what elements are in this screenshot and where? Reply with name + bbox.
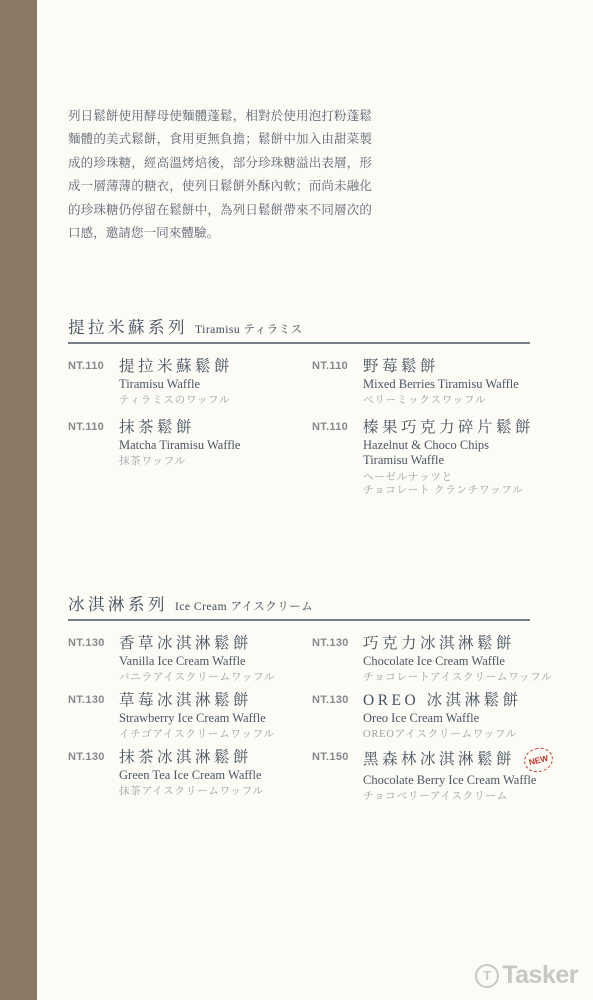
item-price: NT.130 [68,748,106,763]
menu-page: 列日鬆餅使用酵母使麵體蓬鬆，相對於使用泡打粉蓬鬆麵體的美式鬆餅，食用更無負擔；鬆… [0,0,593,1000]
item-name-zh: 香草冰淇淋鬆餅 [119,634,252,653]
item-name-en: Chocolate Berry Ice Cream Waffle [363,773,553,789]
item-name-en: Chocolate Ice Cream Waffle [363,654,552,670]
item-text: 榛果巧克力碎片鬆餅 Hazelnut & Choco Chips Tiramis… [363,418,534,498]
menu-item: NT.130 巧克力冰淇淋鬆餅 Chocolate Ice Cream Waff… [312,634,553,685]
item-text: 野莓鬆餅 Mixed Berries Tiramisu Waffle ベリーミッ… [363,357,519,408]
tasker-logo-icon: T [475,964,499,988]
item-price: NT.130 [68,634,106,649]
section-tiramisu: 提拉米蘇系列 Tiramisu ティラミス NT.110 提拉米蘇鬆餅 Tira… [68,314,530,498]
item-name-en: Mixed Berries Tiramisu Waffle [363,377,519,393]
item-name-ja: 抹茶アイスクリームワッフル [119,785,264,799]
item-name-ja: イチゴアイスクリームワッフル [119,728,275,742]
item-name-zh: 野莓鬆餅 [363,357,439,376]
item-name-zh: OREO 冰淇淋鬆餅 [363,691,522,710]
intro-paragraph: 列日鬆餅使用酵母使麵體蓬鬆，相對於使用泡打粉蓬鬆麵體的美式鬆餅，食用更無負擔；鬆… [68,105,372,246]
item-name-ja: チョコベリーアイスクリーム [363,790,553,804]
item-name-en: Hazelnut & Choco Chips Tiramisu Waffle [363,438,534,469]
section-header: 提拉米蘇系列 Tiramisu ティラミス [68,314,530,338]
item-text: 巧克力冰淇淋鬆餅 Chocolate Ice Cream Waffle チョコレ… [363,634,552,685]
item-price: NT.130 [68,691,106,706]
menu-item: NT.110 榛果巧克力碎片鬆餅 Hazelnut & Choco Chips … [312,418,534,498]
item-price: NT.110 [312,357,350,372]
section-ice-cream: 冰淇淋系列 Ice Cream アイスクリーム NT.130 香草冰淇淋鬆餅 V… [68,591,530,804]
menu-item: NT.130 香草冰淇淋鬆餅 Vanilla Ice Cream Waffle … [68,634,312,685]
section-items: NT.110 提拉米蘇鬆餅 Tiramisu Waffle ティラミスのワッフル… [68,357,530,498]
item-name-en: Vanilla Ice Cream Waffle [119,654,275,670]
item-name-ja: チョコレートアイスクリームワッフル [363,671,552,685]
tasker-watermark: T Tasker [475,961,578,990]
item-name-en: Tiramisu Waffle [119,377,233,393]
left-brown-band [0,0,37,1000]
item-price: NT.110 [312,418,350,433]
menu-item: NT.150 黑森林冰淇淋鬆餅 NEW Chocolate Berry Ice … [312,748,553,804]
item-name-ja: バニラアイスクリームワッフル [119,671,275,685]
section-subtitle: Tiramisu ティラミス [195,321,303,337]
item-name-en: Green Tea Ice Cream Waffle [119,768,264,784]
section-subtitle: Ice Cream アイスクリーム [175,598,313,614]
item-text: 抹茶冰淇淋鬆餅 Green Tea Ice Cream Waffle 抹茶アイス… [119,748,264,799]
section-header: 冰淇淋系列 Ice Cream アイスクリーム [68,591,530,615]
item-text: 草莓冰淇淋鬆餅 Strawberry Ice Cream Waffle イチゴア… [119,691,275,742]
menu-item: NT.110 野莓鬆餅 Mixed Berries Tiramisu Waffl… [312,357,534,408]
menu-item: NT.130 OREO 冰淇淋鬆餅 Oreo Ice Cream Waffle … [312,691,553,742]
item-name-zh: 抹茶冰淇淋鬆餅 [119,748,252,767]
item-price: NT.110 [68,418,106,433]
item-name-zh: 提拉米蘇鬆餅 [119,357,233,376]
item-name-en: Matcha Tiramisu Waffle [119,438,240,454]
item-price: NT.110 [68,357,106,372]
item-name-zh: 抹茶鬆餅 [119,418,195,437]
section-divider [68,619,530,621]
item-name-ja: ベリーミックスワッフル [363,394,519,408]
section-title-zh: 冰淇淋系列 [68,591,168,615]
item-text: 抹茶鬆餅 Matcha Tiramisu Waffle 抹茶ワッフル [119,418,240,469]
item-name-ja: ティラミスのワッフル [119,394,233,408]
item-name-zh: 榛果巧克力碎片鬆餅 [363,418,534,437]
item-name-zh: 巧克力冰淇淋鬆餅 [363,634,515,653]
item-text: OREO 冰淇淋鬆餅 Oreo Ice Cream Waffle OREOアイス… [363,691,522,742]
section-divider [68,342,530,344]
section-title-zh: 提拉米蘇系列 [68,314,188,338]
new-badge: NEW [522,744,556,774]
item-text: 黑森林冰淇淋鬆餅 NEW Chocolate Berry Ice Cream W… [363,748,553,804]
item-text: 香草冰淇淋鬆餅 Vanilla Ice Cream Waffle バニラアイスク… [119,634,275,685]
item-price: NT.150 [312,748,350,763]
menu-item: NT.110 提拉米蘇鬆餅 Tiramisu Waffle ティラミスのワッフル [68,357,312,408]
item-text: 提拉米蘇鬆餅 Tiramisu Waffle ティラミスのワッフル [119,357,233,408]
item-price: NT.130 [312,691,350,706]
item-name-en: Strawberry Ice Cream Waffle [119,711,275,727]
menu-item: NT.130 草莓冰淇淋鬆餅 Strawberry Ice Cream Waff… [68,691,312,742]
item-price: NT.130 [312,634,350,649]
item-name-zh: 草莓冰淇淋鬆餅 [119,691,252,710]
item-name-ja: OREOアイスクリームワッフル [363,728,522,742]
item-name-ja: 抹茶ワッフル [119,455,240,469]
tasker-logo-text: Tasker [502,961,578,990]
item-name-ja: ヘーゼルナッツと チョコレート クランチワッフル [363,471,534,498]
item-name-en: Oreo Ice Cream Waffle [363,711,522,727]
item-name-zh: 黑森林冰淇淋鬆餅 [363,750,515,769]
menu-item: NT.130 抹茶冰淇淋鬆餅 Green Tea Ice Cream Waffl… [68,748,312,804]
menu-item: NT.110 抹茶鬆餅 Matcha Tiramisu Waffle 抹茶ワッフ… [68,418,312,498]
section-items: NT.130 香草冰淇淋鬆餅 Vanilla Ice Cream Waffle … [68,634,530,804]
